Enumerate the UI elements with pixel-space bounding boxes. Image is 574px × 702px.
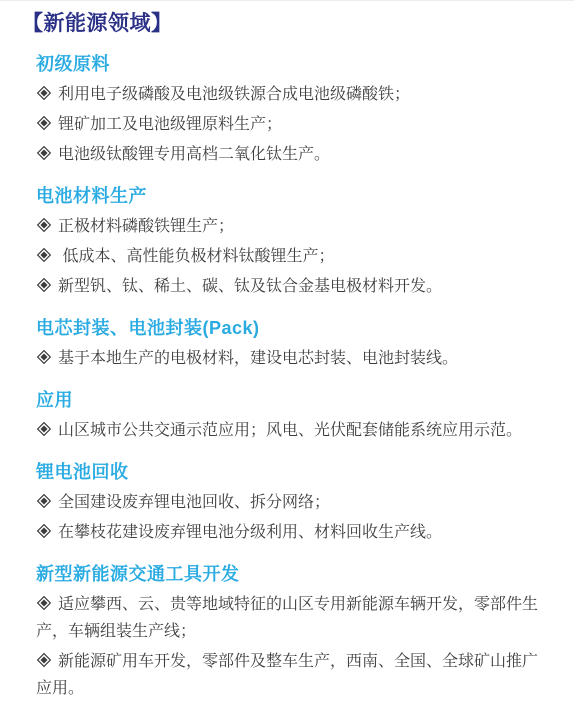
bullet-text: 新能源矿用车开发，零部件及整车生产，西南、全国、全球矿山推广应用。 — [36, 653, 538, 697]
bullet-text: 山区城市公共交通示范应用；风电、光伏配套储能系统应用示范。 — [58, 422, 522, 439]
bullet-item: 锂矿加工及电池级锂原料生产； — [36, 111, 544, 138]
section-heading: 锂电池回收 — [36, 460, 544, 484]
diamond-bullet-icon — [37, 218, 51, 232]
bullet-list: 正极材料磷酸铁锂生产； 低成本、高性能负极材料钛酸锂生产； 新型钒、钛、稀土、碳… — [36, 213, 544, 300]
document-page: 【新能源领域】 初级原料 利用电子级磷酸及电池级铁源合成电池级磷酸铁； 锂矿加工… — [0, 0, 574, 702]
bullet-item: 山区城市公共交通示范应用；风电、光伏配套储能系统应用示范。 — [36, 417, 544, 444]
bullet-item: 正极材料磷酸铁锂生产； — [36, 213, 544, 240]
section-heading: 电芯封装、电池封装(Pack) — [36, 316, 544, 340]
diamond-bullet-icon — [37, 350, 51, 364]
section-heading: 应用 — [36, 388, 544, 412]
diamond-bullet-icon — [37, 494, 51, 508]
section: 应用 山区城市公共交通示范应用；风电、光伏配套储能系统应用示范。 — [0, 388, 574, 444]
diamond-bullet-icon — [37, 146, 51, 160]
bullet-item: 全国建设废弃锂电池回收、拆分网络； — [36, 489, 544, 516]
bullet-list: 山区城市公共交通示范应用；风电、光伏配套储能系统应用示范。 — [36, 417, 544, 444]
bullet-item: 基于本地生产的电极材料，建设电芯封装、电池封装线。 — [36, 345, 544, 372]
bullet-text: 新型钒、钛、稀土、碳、钛及钛合金基电极材料开发。 — [58, 278, 442, 295]
diamond-bullet-icon — [37, 596, 51, 610]
bullet-item: 电池级钛酸锂专用高档二氧化钛生产。 — [36, 141, 544, 168]
section: 锂电池回收 全国建设废弃锂电池回收、拆分网络； 在攀枝花建设废弃锂电池分级利用、… — [0, 460, 574, 546]
diamond-bullet-icon — [37, 248, 51, 262]
bullet-text: 电池级钛酸锂专用高档二氧化钛生产。 — [58, 146, 330, 163]
diamond-bullet-icon — [37, 86, 51, 100]
bullet-list: 全国建设废弃锂电池回收、拆分网络； 在攀枝花建设废弃锂电池分级利用、材料回收生产… — [36, 489, 544, 546]
bullet-list: 利用电子级磷酸及电池级铁源合成电池级磷酸铁； 锂矿加工及电池级锂原料生产； 电池… — [36, 81, 544, 168]
section: 新型新能源交通工具开发 适应攀西、云、贵等地域特征的山区专用新能源车辆开发，零部… — [0, 562, 574, 702]
section-heading: 电池材料生产 — [36, 184, 544, 208]
section: 初级原料 利用电子级磷酸及电池级铁源合成电池级磷酸铁； 锂矿加工及电池级锂原料生… — [0, 52, 574, 168]
bullet-item: 新能源矿用车开发，零部件及整车生产，西南、全国、全球矿山推广应用。 — [36, 648, 544, 702]
section: 电池材料生产 正极材料磷酸铁锂生产； 低成本、高性能负极材料钛酸锂生产； 新型钒… — [0, 184, 574, 300]
page-title: 【新能源领域】 — [22, 10, 574, 38]
diamond-bullet-icon — [37, 653, 51, 667]
bullet-text: 全国建设废弃锂电池回收、拆分网络； — [58, 494, 330, 511]
bullet-item: 利用电子级磷酸及电池级铁源合成电池级磷酸铁； — [36, 81, 544, 108]
section: 电芯封装、电池封装(Pack) 基于本地生产的电极材料，建设电芯封装、电池封装线… — [0, 316, 574, 372]
bullet-text: 基于本地生产的电极材料，建设电芯封装、电池封装线。 — [58, 350, 458, 367]
bullet-list: 基于本地生产的电极材料，建设电芯封装、电池封装线。 — [36, 345, 544, 372]
diamond-bullet-icon — [37, 278, 51, 292]
section-heading: 初级原料 — [36, 52, 544, 76]
diamond-bullet-icon — [37, 116, 51, 130]
bullet-item: 在攀枝花建设废弃锂电池分级利用、材料回收生产线。 — [36, 519, 544, 546]
bullet-text: 利用电子级磷酸及电池级铁源合成电池级磷酸铁； — [58, 86, 410, 103]
diamond-bullet-icon — [37, 422, 51, 436]
bullet-text: 适应攀西、云、贵等地域特征的山区专用新能源车辆开发，零部件生产，车辆组装生产线； — [36, 596, 538, 640]
bullet-item: 低成本、高性能负极材料钛酸锂生产； — [36, 243, 544, 270]
bullet-text: 锂矿加工及电池级锂原料生产； — [58, 116, 282, 133]
bullet-item: 新型钒、钛、稀土、碳、钛及钛合金基电极材料开发。 — [36, 273, 544, 300]
bullet-item: 适应攀西、云、贵等地域特征的山区专用新能源车辆开发，零部件生产，车辆组装生产线； — [36, 591, 544, 645]
bullet-text: 正极材料磷酸铁锂生产； — [58, 218, 234, 235]
sections-container: 初级原料 利用电子级磷酸及电池级铁源合成电池级磷酸铁； 锂矿加工及电池级锂原料生… — [0, 52, 574, 702]
bullet-text: 低成本、高性能负极材料钛酸锂生产； — [58, 248, 334, 265]
bullet-text: 在攀枝花建设废弃锂电池分级利用、材料回收生产线。 — [58, 524, 442, 541]
section-heading: 新型新能源交通工具开发 — [36, 562, 544, 586]
bullet-list: 适应攀西、云、贵等地域特征的山区专用新能源车辆开发，零部件生产，车辆组装生产线；… — [36, 591, 544, 702]
diamond-bullet-icon — [37, 524, 51, 538]
